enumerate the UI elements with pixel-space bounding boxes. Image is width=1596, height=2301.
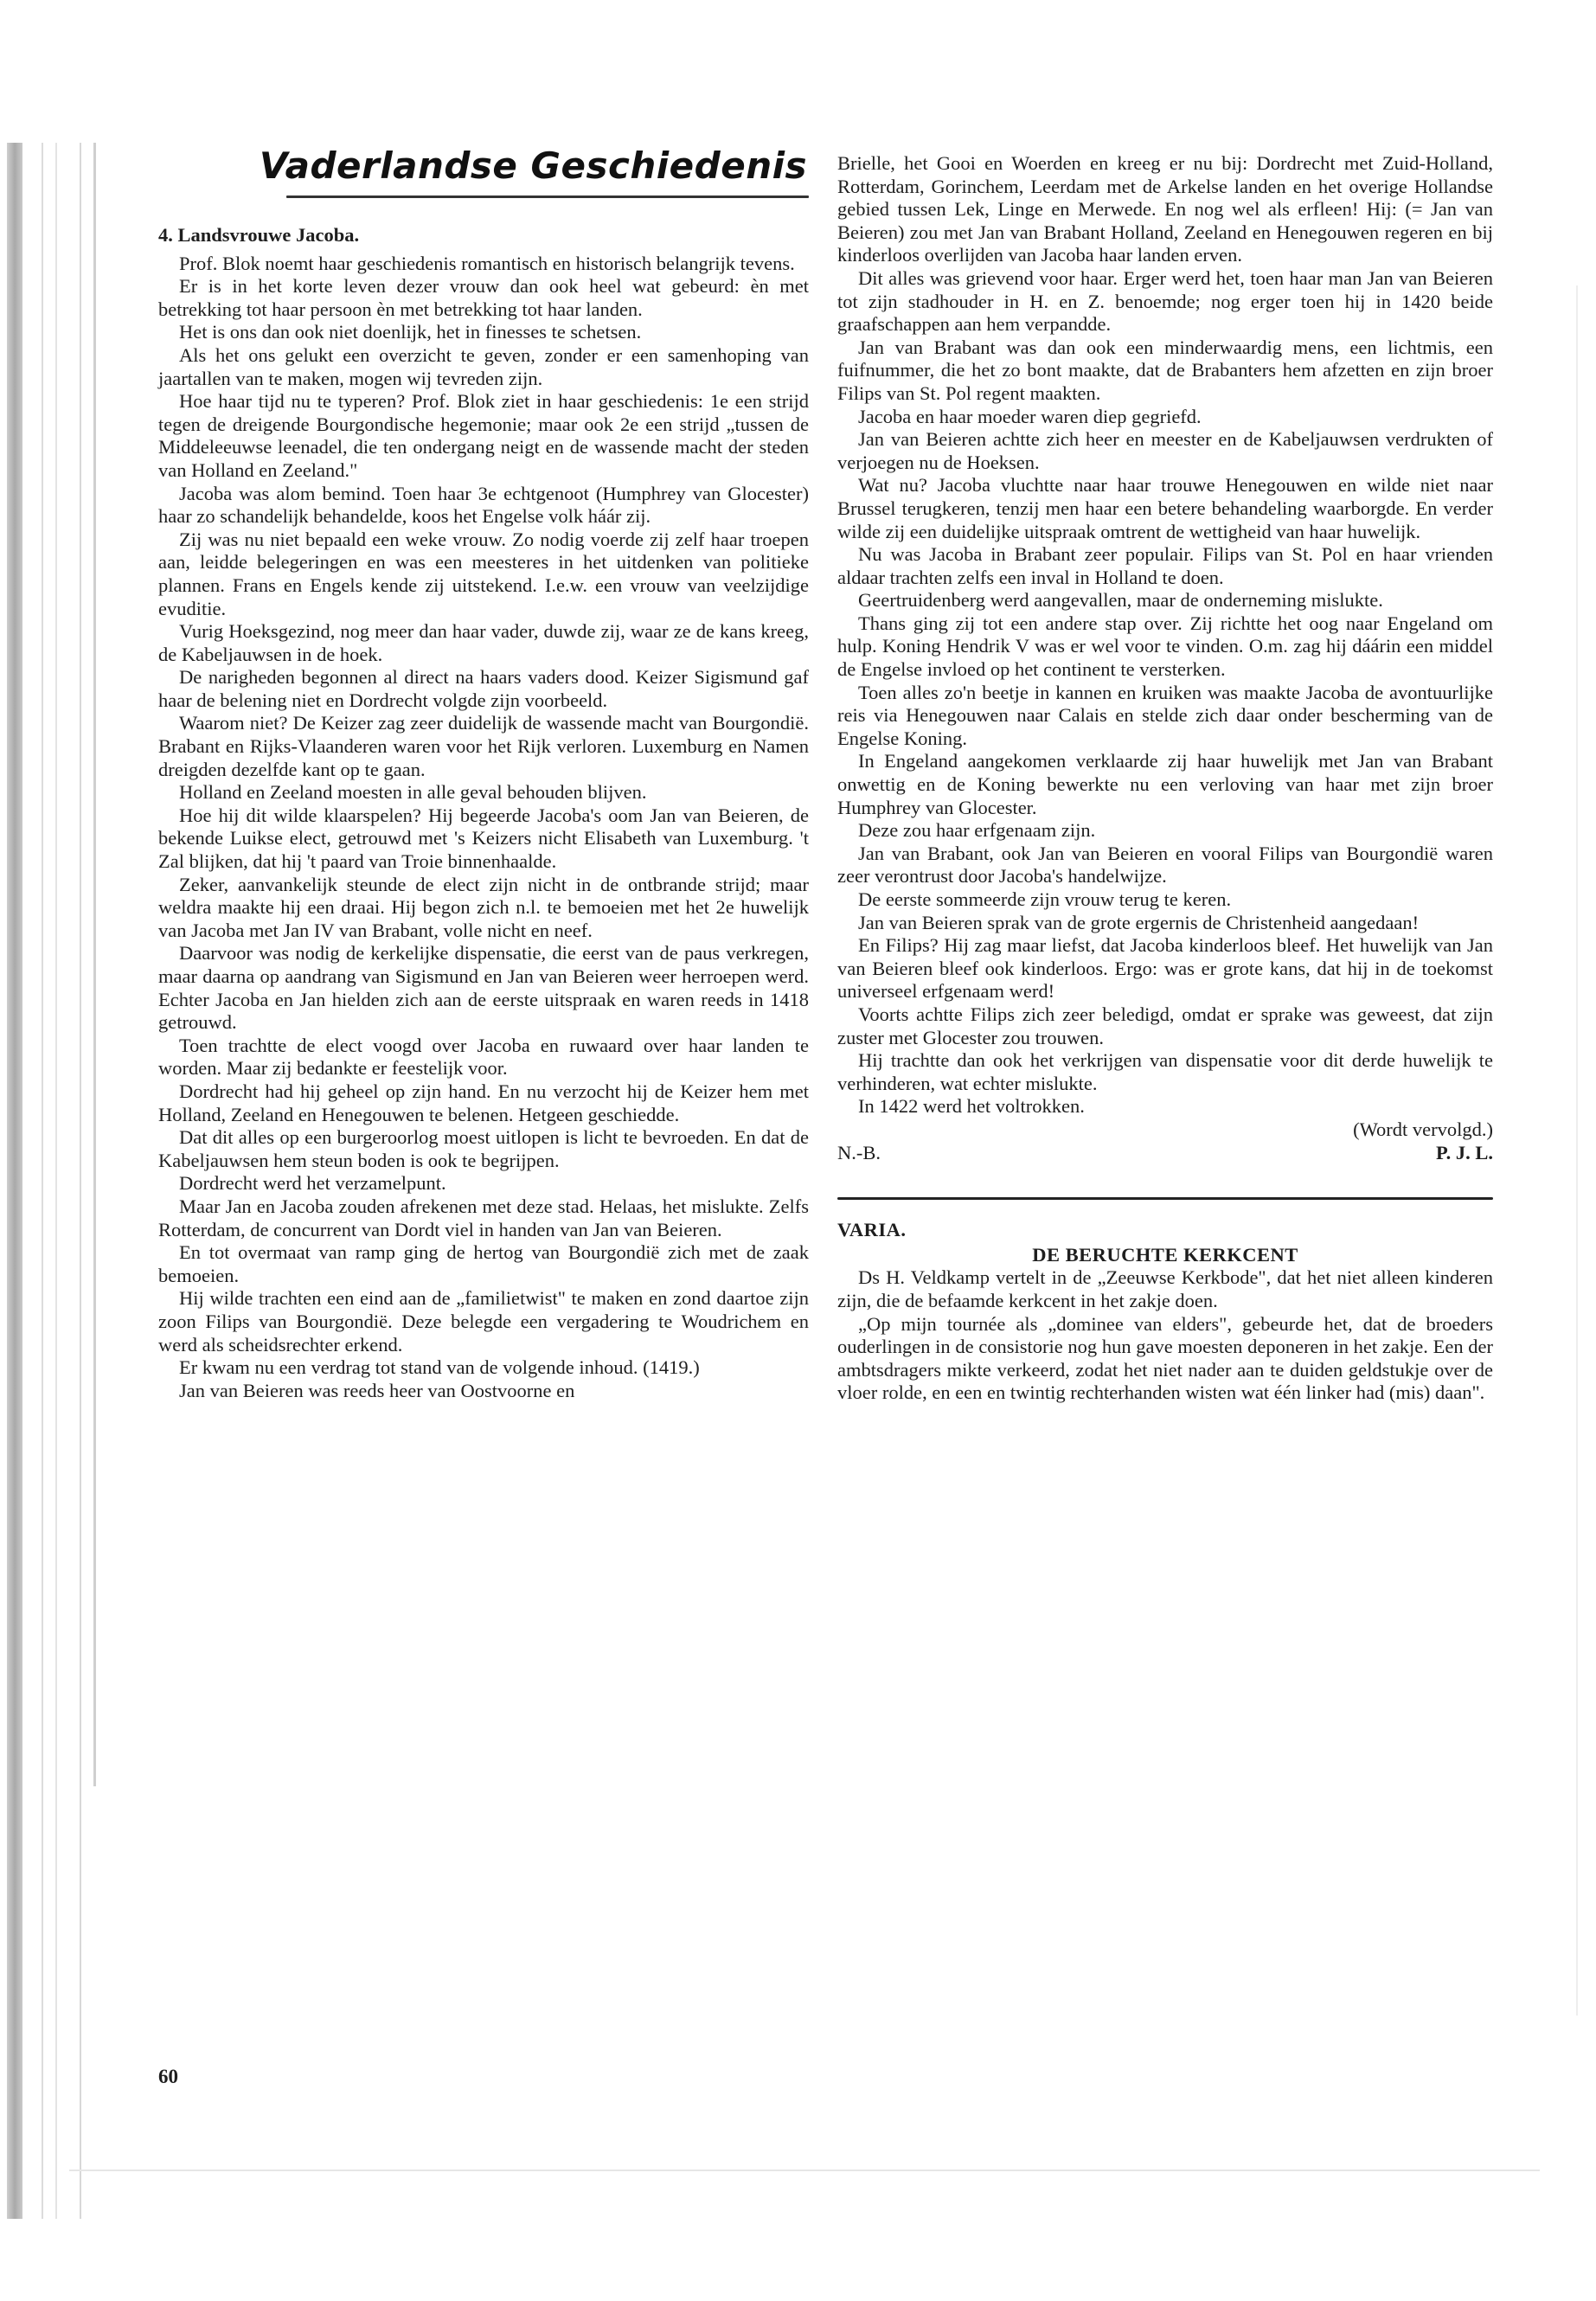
paragraph: In Engeland aangekomen verklaarde zij ha… — [837, 750, 1493, 819]
section-separator — [837, 1197, 1493, 1200]
paragraph: En tot overmaat van ramp ging de hertog … — [158, 1241, 809, 1287]
paragraph: Waarom niet? De Keizer zag zeer duidelij… — [158, 712, 809, 781]
paragraph: Zij was nu niet bepaald een weke vrouw. … — [158, 529, 809, 620]
binding-line — [42, 143, 43, 2219]
paragraph: Vurig Hoeksgezind, nog meer dan haar vad… — [158, 620, 809, 666]
varia-paragraph: Ds H. Veldkamp vertelt in de „Zeeuwse Ke… — [837, 1266, 1493, 1312]
paragraph: Het is ons dan ook niet doenlijk, het in… — [158, 321, 809, 344]
paragraph: Als het ons gelukt een overzicht te geve… — [158, 344, 809, 390]
paragraph: Maar Jan en Jacoba zouden afrekenen met … — [158, 1195, 809, 1241]
page-number: 60 — [158, 2066, 178, 2088]
page-title: Vaderlandse Geschiedenis — [158, 140, 809, 192]
title-underline — [286, 195, 809, 198]
paragraph: Er kwam nu een verdrag tot stand van de … — [158, 1356, 809, 1380]
paragraph: Wat nu? Jacoba vluchtte naar haar trouwe… — [837, 474, 1493, 543]
scan-binding-shadow — [0, 143, 112, 2219]
section-heading: 4. Landsvrouwe Jacoba. — [158, 224, 809, 247]
paragraph: Zeker, aanvankelijk steunde de elect zij… — [158, 874, 809, 943]
left-column: Vaderlandse Geschiedenis 4. Landsvrouwe … — [158, 140, 809, 1402]
note-marker: N.-B. — [837, 1142, 881, 1165]
paragraph: Toen trachtte de elect voogd over Jacoba… — [158, 1035, 809, 1080]
paragraph-continuation: Brielle, het Gooi en Woerden en kreeg er… — [837, 152, 1493, 267]
paragraph: Hij trachtte dan ook het verkrijgen van … — [837, 1049, 1493, 1095]
paragraph: Jacoba en haar moeder waren diep gegrief… — [837, 406, 1493, 429]
varia-heading: VARIA. — [837, 1219, 1493, 1242]
right-column: Brielle, het Gooi en Woerden en kreeg er… — [837, 152, 1493, 1405]
paragraph: Dordrecht had hij geheel op zijn hand. E… — [158, 1080, 809, 1126]
paragraph: Voorts achtte Filips zich zeer beledigd,… — [837, 1003, 1493, 1049]
paragraph: Er is in het korte leven dezer vrouw dan… — [158, 275, 809, 321]
paragraph: Deze zou haar erfgenaam zijn. — [837, 819, 1493, 843]
paragraph: Jan van Brabant was dan ook een minderwa… — [837, 336, 1493, 406]
paragraph: De narigheden begonnen al direct na haar… — [158, 666, 809, 712]
paragraph: Jacoba was alom bemind. Toen haar 3e ech… — [158, 483, 809, 529]
paragraph: Geertruidenberg werd aangevallen, maar d… — [837, 589, 1493, 612]
to-be-continued-note: (Wordt vervolgd.) — [837, 1118, 1493, 1142]
paragraph: Dordrecht werd het verzamelpunt. — [158, 1172, 809, 1195]
author-initials: P. J. L. — [1436, 1142, 1493, 1165]
paragraph: Jan van Brabant, ook Jan van Beieren en … — [837, 843, 1493, 888]
paragraph: Holland en Zeeland moesten in alle geval… — [158, 781, 809, 804]
page-edge-bottom — [69, 2170, 1540, 2171]
paragraph: Jan van Beieren sprak van de grote erger… — [837, 912, 1493, 935]
paragraph: Hoe haar tijd nu te typeren? Prof. Blok … — [158, 390, 809, 482]
paragraph: Jan van Beieren was reeds heer van Oostv… — [158, 1380, 809, 1403]
page-edge-right — [1576, 285, 1578, 2016]
varia-subheading: DE BERUCHTE KERKCENT — [837, 1244, 1493, 1267]
varia-paragraph: „Op mijn tournée als „dominee van elders… — [837, 1313, 1493, 1405]
binding-edge — [7, 143, 22, 2219]
binding-line — [93, 143, 96, 1786]
paragraph: Toen alles zo'n beetje in kannen en krui… — [837, 682, 1493, 751]
paragraph: Dit alles was grievend voor haar. Erger … — [837, 267, 1493, 336]
paragraph: Daarvoor was nodig de kerkelijke dispens… — [158, 942, 809, 1034]
paragraph: Nu was Jacoba in Brabant zeer populair. … — [837, 543, 1493, 589]
paragraph: Hij wilde trachten een eind aan de „fami… — [158, 1287, 809, 1356]
paragraph: Prof. Blok noemt haar geschiedenis roman… — [158, 253, 809, 276]
paragraph: Dat dit alles op een burgeroorlog moest … — [158, 1126, 809, 1172]
signature-row: N.-B. P. J. L. — [837, 1142, 1493, 1165]
binding-line — [80, 143, 81, 2219]
binding-line — [55, 143, 57, 2219]
paragraph: Jan van Beieren achtte zich heer en mees… — [837, 428, 1493, 474]
paragraph: Hoe hij dit wilde klaarspelen? Hij begee… — [158, 804, 809, 874]
paragraph: In 1422 werd het voltrokken. — [837, 1095, 1493, 1118]
paragraph: Thans ging zij tot een andere stap over.… — [837, 612, 1493, 682]
paragraph: En Filips? Hij zag maar liefst, dat Jaco… — [837, 934, 1493, 1003]
paragraph: De eerste sommeerde zijn vrouw terug te … — [837, 888, 1493, 912]
